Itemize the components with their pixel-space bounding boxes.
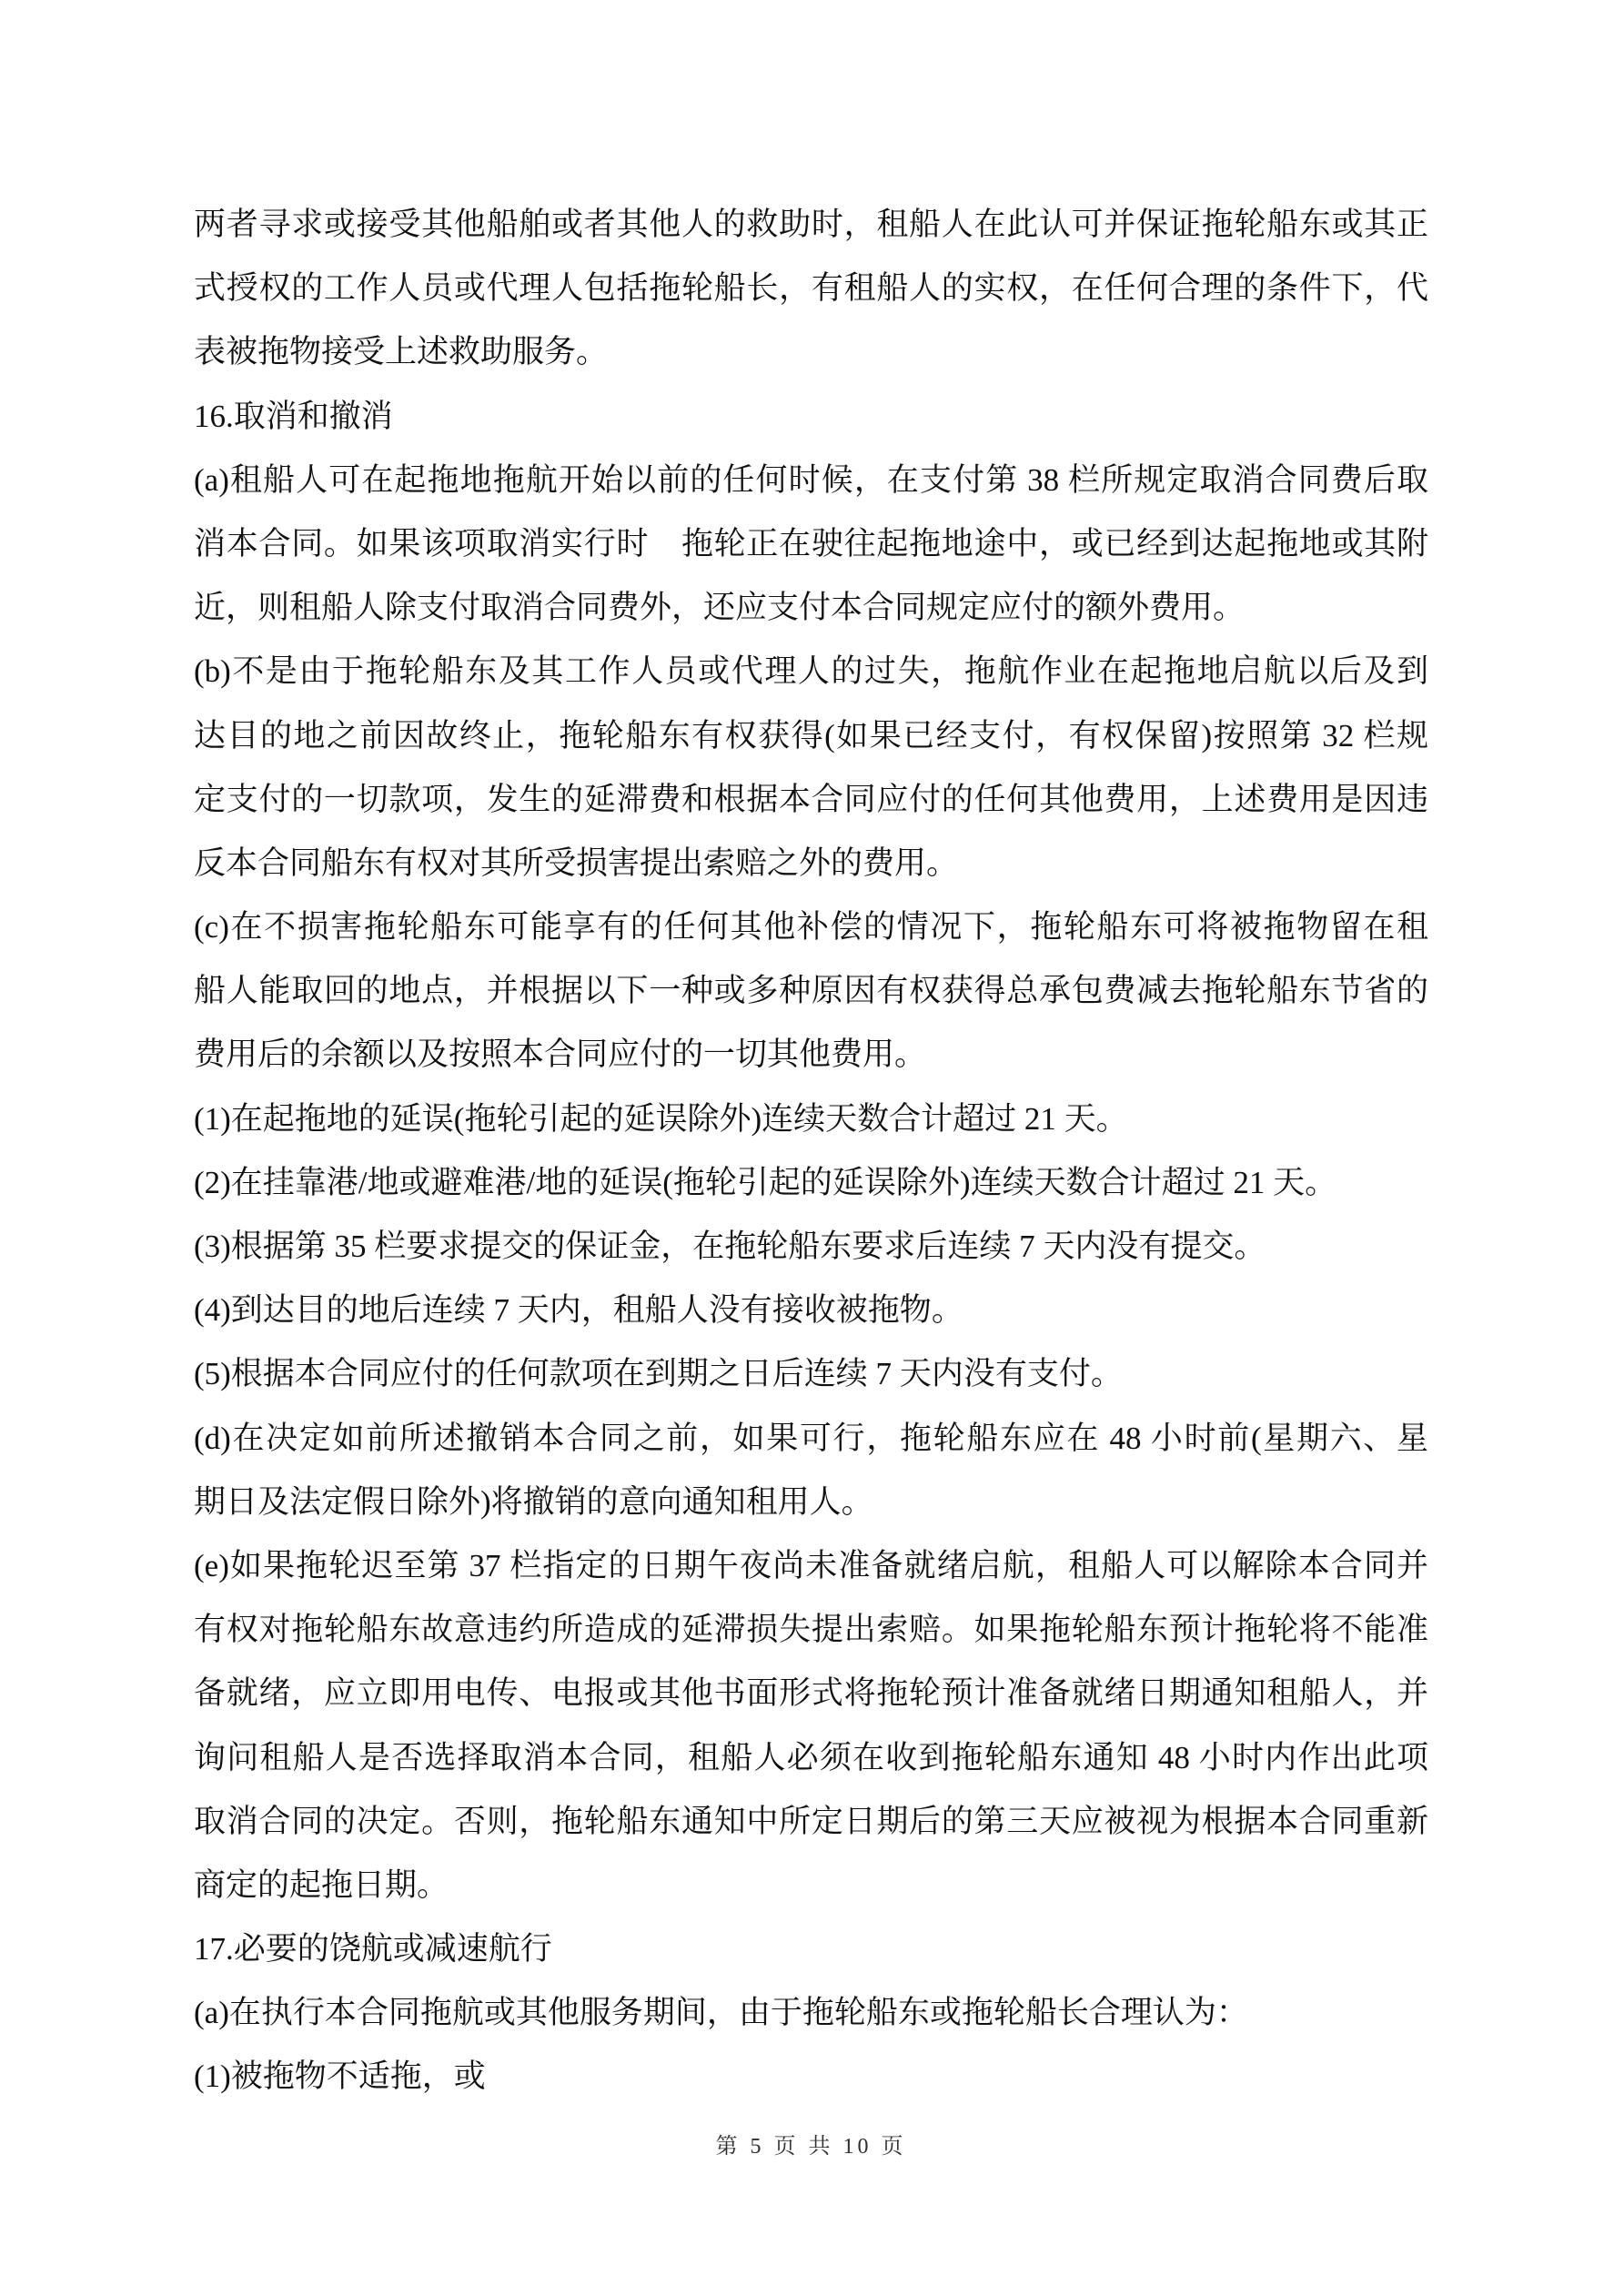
document-line: (1)被拖物不适拖，或 <box>194 2045 1428 2109</box>
document-line: 近，则租船人除支付取消合同费外，还应支付本合同规定应付的额外费用。 <box>194 576 1428 640</box>
document-line: 备就绪，应立即用电传、电报或其他书面形式将拖轮预计准备就绪日期通知租船人，并 <box>194 1662 1428 1725</box>
document-line: 表被拖物接受上述救助服务。 <box>194 320 1428 384</box>
document-line: 定支付的一切款项，发生的延滞费和根据本合同应付的任何其他费用，上述费用是因违 <box>194 768 1428 832</box>
document-line: (e)如果拖轮迟至第 37 栏指定的日期午夜尚未准备就绪启航，租船人可以解除本合… <box>194 1534 1428 1598</box>
document-line: 反本合同船东有权对其所受损害提出索赔之外的费用。 <box>194 832 1428 895</box>
document-line: 费用后的余额以及按照本合同应付的一切其他费用。 <box>194 1023 1428 1087</box>
document-line: 商定的起拖日期。 <box>194 1854 1428 1917</box>
document-line: 达目的地之前因故终止，拖轮船东有权获得(如果已经支付，有权保留)按照第 32 栏… <box>194 704 1428 768</box>
document-line: 取消合同的决定。否则，拖轮船东通知中所定日期后的第三天应被视为根据本合同重新 <box>194 1790 1428 1854</box>
document-line: 有权对拖轮船东故意违约所造成的延滞损失提出索赔。如果拖轮船东预计拖轮将不能准 <box>194 1598 1428 1662</box>
document-line: (a)在执行本合同拖航或其他服务期间，由于拖轮船东或拖轮船长合理认为： <box>194 1981 1428 2045</box>
document-body: 两者寻求或接受其他船舶或者其他人的救助时，租船人在此认可并保证拖轮船东或其正式授… <box>194 193 1428 2109</box>
document-line: 船人能取回的地点，并根据以下一种或多种原因有权获得总承包费减去拖轮船东节省的 <box>194 959 1428 1023</box>
document-line: 两者寻求或接受其他船舶或者其他人的救助时，租船人在此认可并保证拖轮船东或其正 <box>194 193 1428 257</box>
page-footer: 第 5 页 共 10 页 <box>194 2128 1428 2159</box>
document-line: (d)在决定如前所述撤销本合同之前，如果可行，拖轮船东应在 48 小时前(星期六… <box>194 1407 1428 1471</box>
document-line: 17.必要的饶航或减速航行 <box>194 1917 1428 1981</box>
document-line: 询问租船人是否选择取消本合同，租船人必须在收到拖轮船东通知 48 小时内作出此项 <box>194 1726 1428 1790</box>
document-line: (4)到达目的地后连续 7 天内，租船人没有接收被拖物。 <box>194 1279 1428 1342</box>
document-line: 消本合同。如果该项取消实行时 拖轮正在驶往起拖地途中，或已经到达起拖地或其附 <box>194 512 1428 576</box>
document-line: 式授权的工作人员或代理人包括拖轮船长，有租船人的实权，在任何合理的条件下，代 <box>194 257 1428 320</box>
document-line: 期日及法定假日除外)将撤销的意向通知租用人。 <box>194 1471 1428 1534</box>
document-line: (1)在起拖地的延误(拖轮引起的延误除外)连续天数合计超过 21 天。 <box>194 1087 1428 1151</box>
document-line: (2)在挂靠港/地或避难港/地的延误(拖轮引起的延误除外)连续天数合计超过 21… <box>194 1151 1428 1215</box>
document-line: (3)根据第 35 栏要求提交的保证金，在拖轮船东要求后连续 7 天内没有提交。 <box>194 1215 1428 1279</box>
document-line: (5)根据本合同应付的任何款项在到期之日后连续 7 天内没有支付。 <box>194 1342 1428 1406</box>
document-line: (a)租船人可在起拖地拖航开始以前的任何时候，在支付第 38 栏所规定取消合同费… <box>194 449 1428 512</box>
document-line: (b)不是由于拖轮船东及其工作人员或代理人的过失，拖航作业在起拖地启航以后及到 <box>194 640 1428 703</box>
document-page: 两者寻求或接受其他船舶或者其他人的救助时，租船人在此认可并保证拖轮船东或其正式授… <box>0 0 1624 2296</box>
document-line: 16.取消和撤消 <box>194 385 1428 449</box>
document-line: (c)在不损害拖轮船东可能享有的任何其他补偿的情况下，拖轮船东可将被拖物留在租 <box>194 895 1428 959</box>
